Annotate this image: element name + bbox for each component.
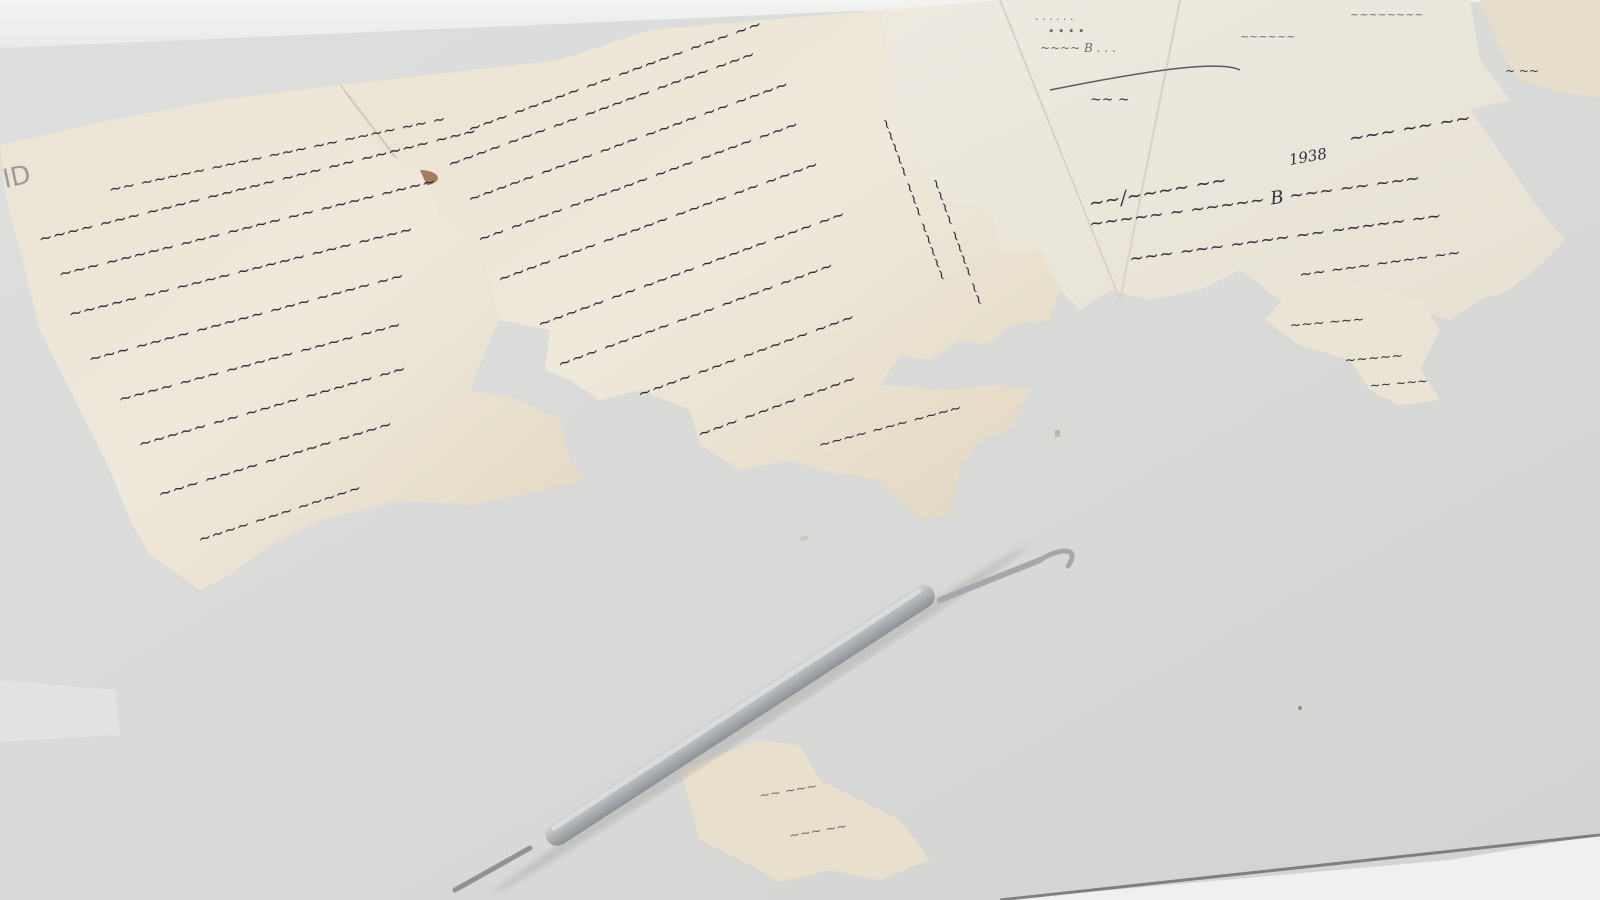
svg-text:~~~~~~: ~~~~~~ — [1240, 30, 1295, 43]
svg-text:~~~~ B . . .: ~~~~ B . . . — [1040, 41, 1116, 55]
photo-illustration: . . . . . . • • • • ~~~~ B . . . ~~~~~~ … — [0, 0, 1600, 900]
svg-text:. . . . . .: . . . . . . — [1035, 10, 1073, 23]
tape-strip — [0, 680, 120, 742]
svg-text:~~~~~~~~: ~~~~~~~~ — [1350, 8, 1424, 21]
svg-text:~ ~~: ~ ~~ — [1505, 64, 1539, 78]
svg-text:~~ ~: ~~ ~ — [1090, 92, 1130, 108]
svg-text:• • • •: • • • • — [1048, 25, 1084, 38]
photo-scene: . . . . . . • • • • ~~~~ B . . . ~~~~~~ … — [0, 0, 1600, 900]
